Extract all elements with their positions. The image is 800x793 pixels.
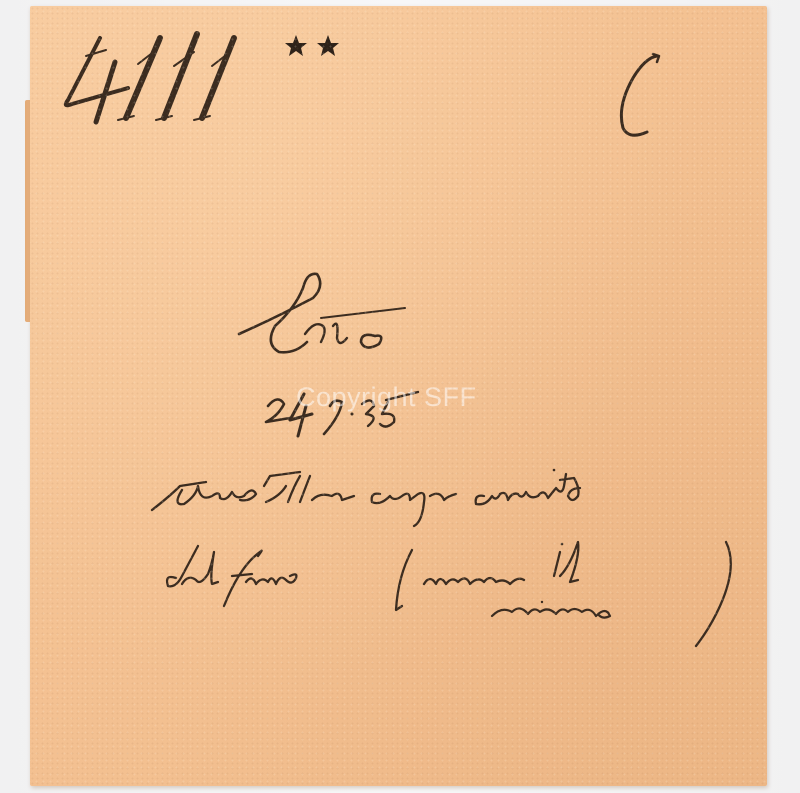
description-strokes [140,456,760,636]
place-name-strokes [235,268,415,358]
class-letter-stroke [615,48,665,148]
star-icon [316,34,340,58]
catalog-number: 4111 ** [60,22,310,122]
star-icon [284,34,308,58]
class-letter: C [615,48,665,148]
place-name: Erto [235,268,415,358]
description: atrio della casa annerito dal fumo (manc… [140,456,760,636]
archive-label-paper: 4111 ** C [30,6,767,786]
catalog-number-strokes [60,22,260,122]
copyright-watermark: Copyright SFF [296,382,477,413]
